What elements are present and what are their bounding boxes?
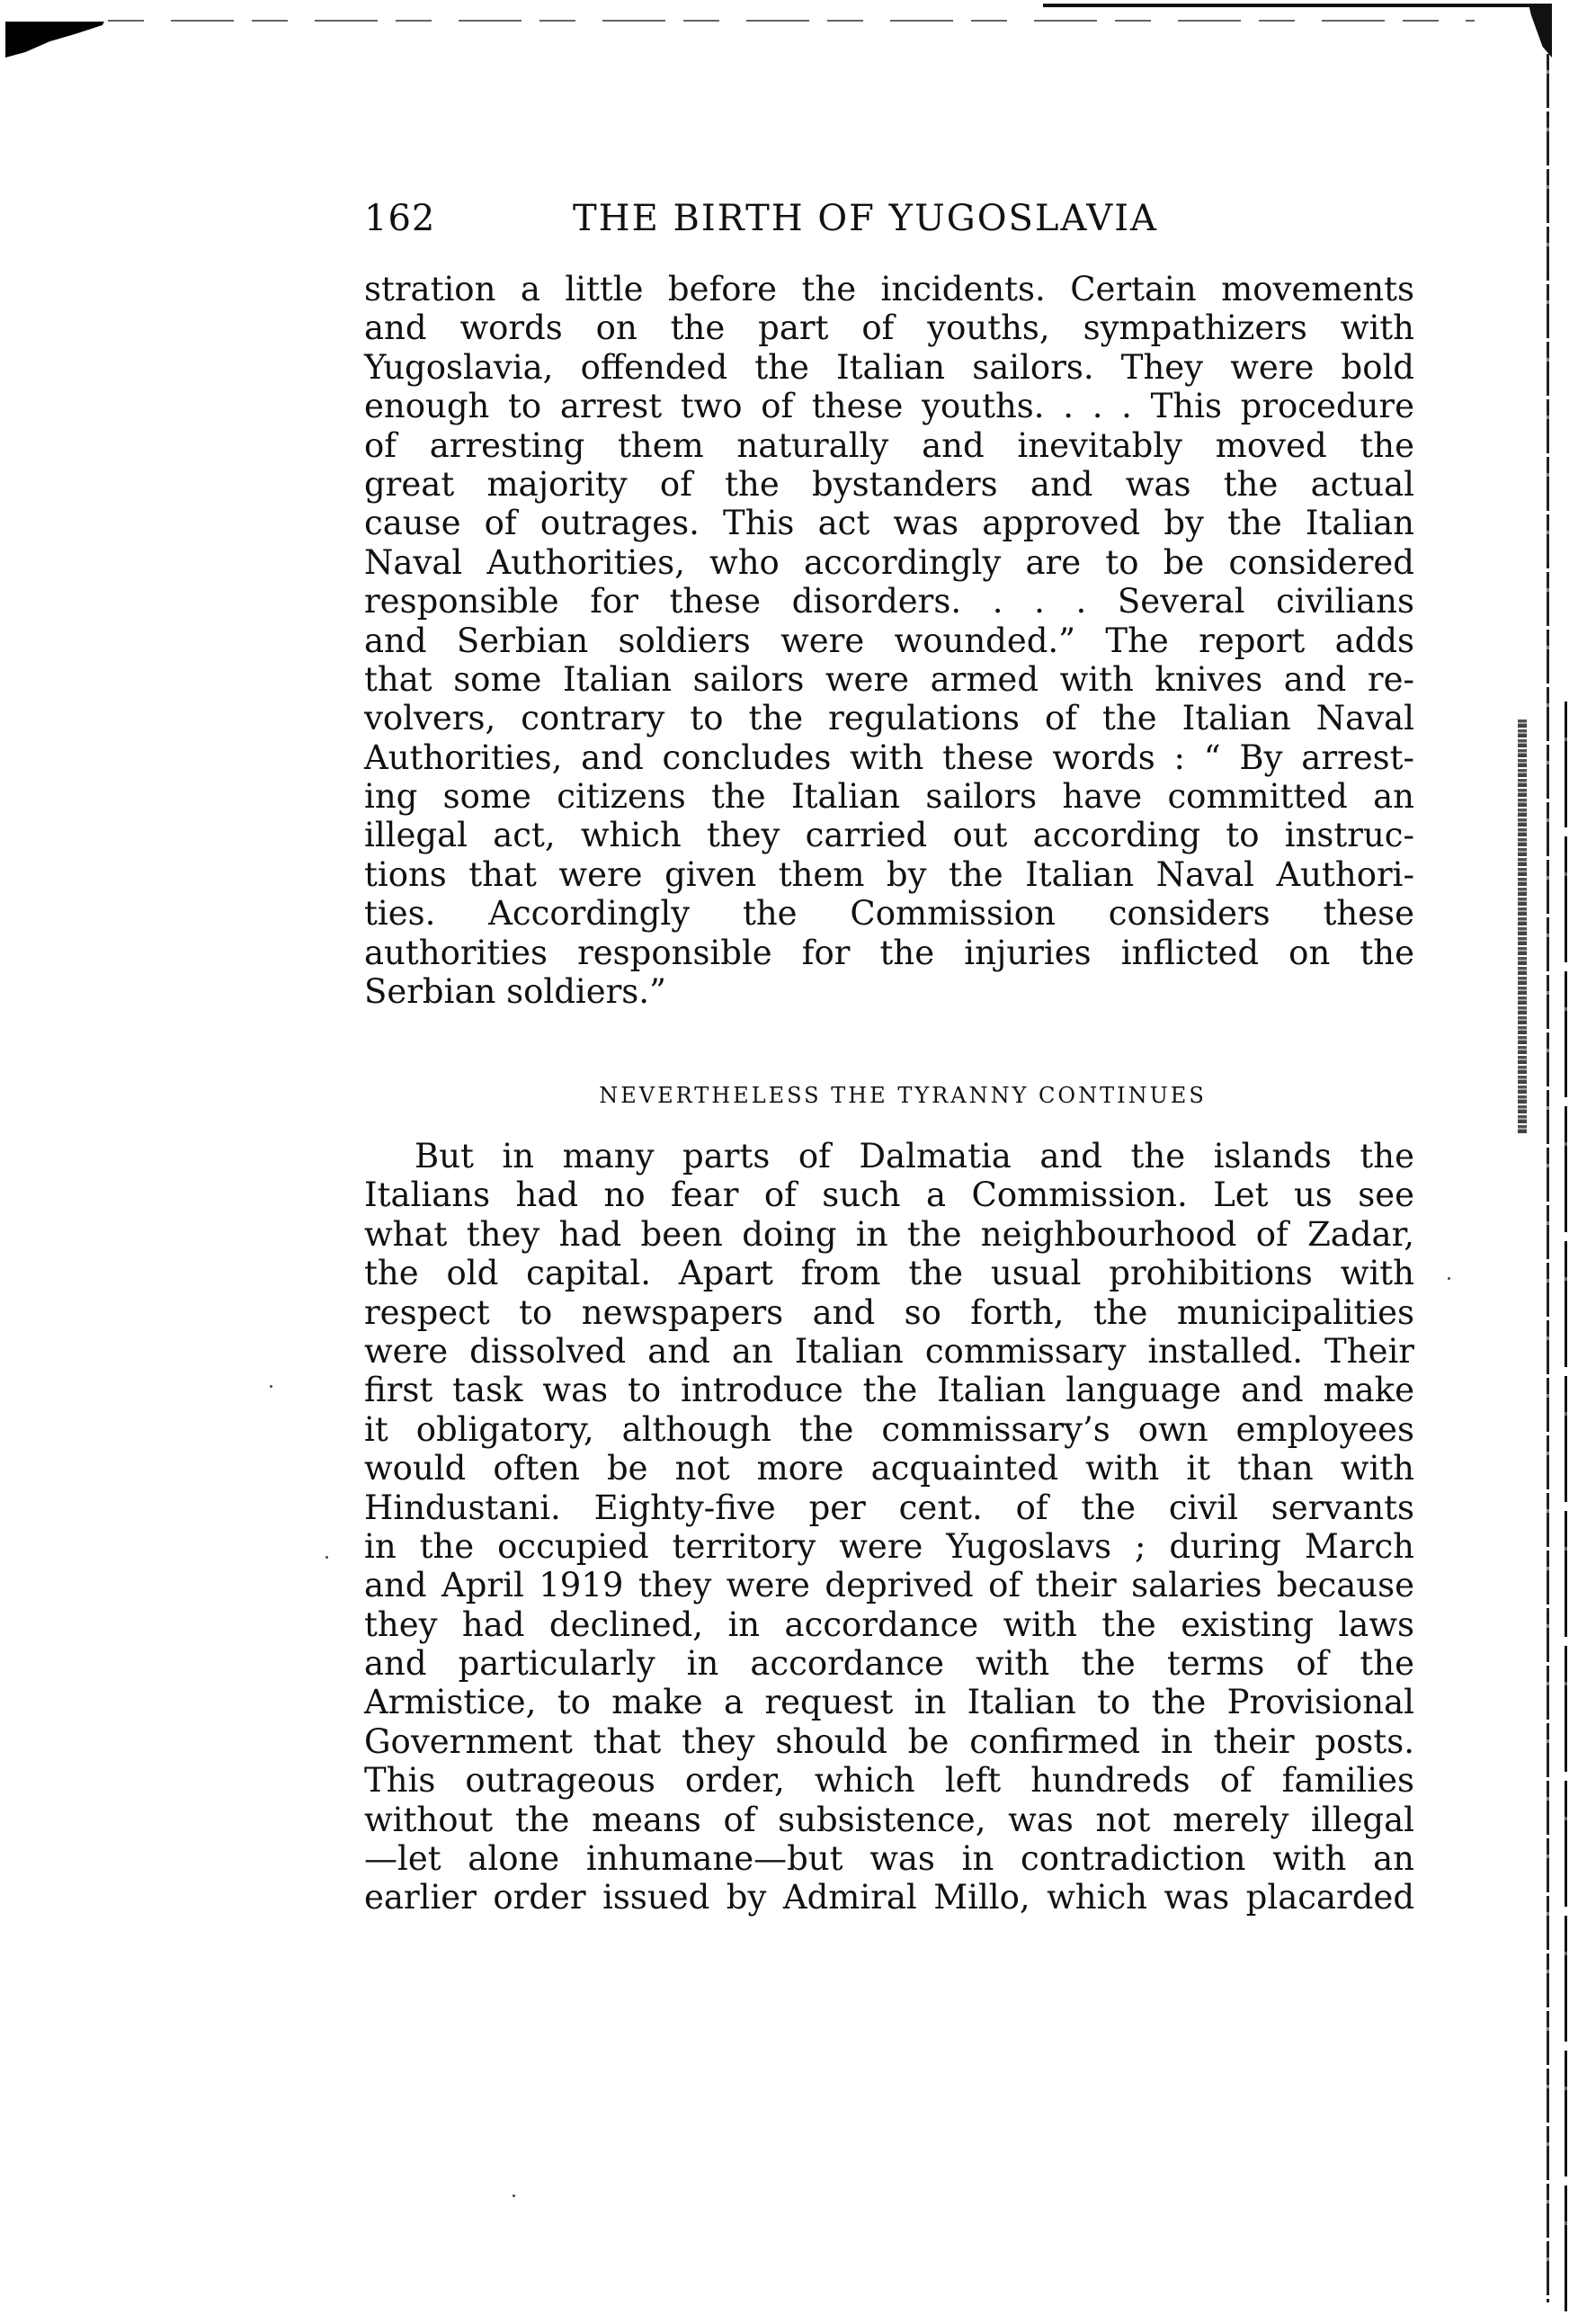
text-line: great majority of the bystanders and was… (364, 465, 1414, 504)
text-line: stration a little before the incidents. … (364, 270, 1414, 308)
text-line: responsible for these disorders. . . . S… (364, 582, 1414, 621)
text-line: would often be not more acquainted with … (364, 1449, 1414, 1488)
scan-artifact-corner-right (1529, 4, 1552, 58)
scan-artifact-binding-shadow (1518, 720, 1527, 1133)
scan-speck (325, 1556, 328, 1559)
text-line: in the occupied territory were Yugoslavs… (364, 1527, 1414, 1566)
text-line: and April 1919 they were deprived of the… (364, 1566, 1414, 1604)
text-line: it obligatory, although the commissary’s… (364, 1410, 1414, 1449)
scan-artifact-corner (5, 22, 104, 58)
text-line: and Serbian soldiers were wounded.” The … (364, 621, 1414, 660)
text-line: This outrageous order, which left hundre… (364, 1761, 1414, 1800)
running-head: 162 THE BIRTH OF YUGOSLAVIA (364, 198, 1414, 243)
scan-artifact-page-edge (1547, 54, 1549, 2302)
text-line: Armistice, to make a request in Italian … (364, 1683, 1414, 1721)
text-line: Naval Authorities, who accordingly are t… (364, 543, 1414, 582)
running-title: THE BIRTH OF YUGOSLAVIA (573, 198, 1158, 239)
text-line: enough to arrest two of these youths. . … (364, 387, 1414, 425)
scan-artifact-top-edge (108, 20, 1475, 22)
text-line: Hindustani. Eighty-five per cent. of the… (364, 1488, 1414, 1527)
text-line: But in many parts of Dalmatia and the is… (364, 1137, 1414, 1175)
text-line: they had declined, in accordance with th… (364, 1605, 1414, 1644)
text-line: tions that were given them by the Italia… (364, 855, 1414, 894)
text-line: ties. Accordingly the Commission conside… (364, 894, 1414, 933)
page-number: 162 (364, 198, 435, 239)
text-line: first task was to introduce the Italian … (364, 1371, 1414, 1409)
scan-speck (1448, 1277, 1450, 1280)
scan-speck (270, 1385, 272, 1388)
text-line: Yugoslavia, offended the Italian sailors… (364, 348, 1414, 387)
paragraph-continued: stration a little before the incidents. … (364, 270, 1414, 1011)
text-line: the old capital. Apart from the usual pr… (364, 1254, 1414, 1292)
text-line: Serbian soldiers.” (364, 972, 1414, 1011)
text-line: of arresting them naturally and inevitab… (364, 426, 1414, 465)
text-line: what they had been doing in the neighbou… (364, 1215, 1414, 1254)
text-line: Authorities, and concludes with these wo… (364, 738, 1414, 777)
text-line: authorities responsible for the injuries… (364, 934, 1414, 972)
text-line: ing some citizens the Italian sailors ha… (364, 777, 1414, 816)
text-line: —let alone inhumane—but was in contradic… (364, 1839, 1414, 1878)
scan-artifact-page-edge-outer (1565, 702, 1567, 2320)
text-line: respect to newspapers and so forth, the … (364, 1293, 1414, 1332)
text-line: Government that they should be confirmed… (364, 1722, 1414, 1761)
paragraph: But in many parts of Dalmatia and the is… (364, 1137, 1414, 1917)
text-line: cause of outrages. This act was approved… (364, 504, 1414, 542)
scan-speck (513, 2194, 515, 2197)
text-line: earlier order issued by Admiral Millo, w… (364, 1878, 1414, 1917)
text-line: illegal act, which they carried out acco… (364, 816, 1414, 854)
scan-artifact-top-edge-right (1043, 4, 1547, 7)
section-heading: NEVERTHELESS THE TYRANNY CONTINUES (364, 1083, 1414, 1108)
text-line: volvers, contrary to the regulations of … (364, 699, 1414, 737)
text-line: that some Italian sailors were armed wit… (364, 660, 1414, 699)
text-line: were dissolved and an Italian commissary… (364, 1332, 1414, 1371)
text-line: and particularly in accordance with the … (364, 1644, 1414, 1683)
text-line: Italians had no fear of such a Commissio… (364, 1175, 1414, 1214)
text-line: and words on the part of youths, sympath… (364, 308, 1414, 347)
text-line: without the means of subsistence, was no… (364, 1801, 1414, 1839)
